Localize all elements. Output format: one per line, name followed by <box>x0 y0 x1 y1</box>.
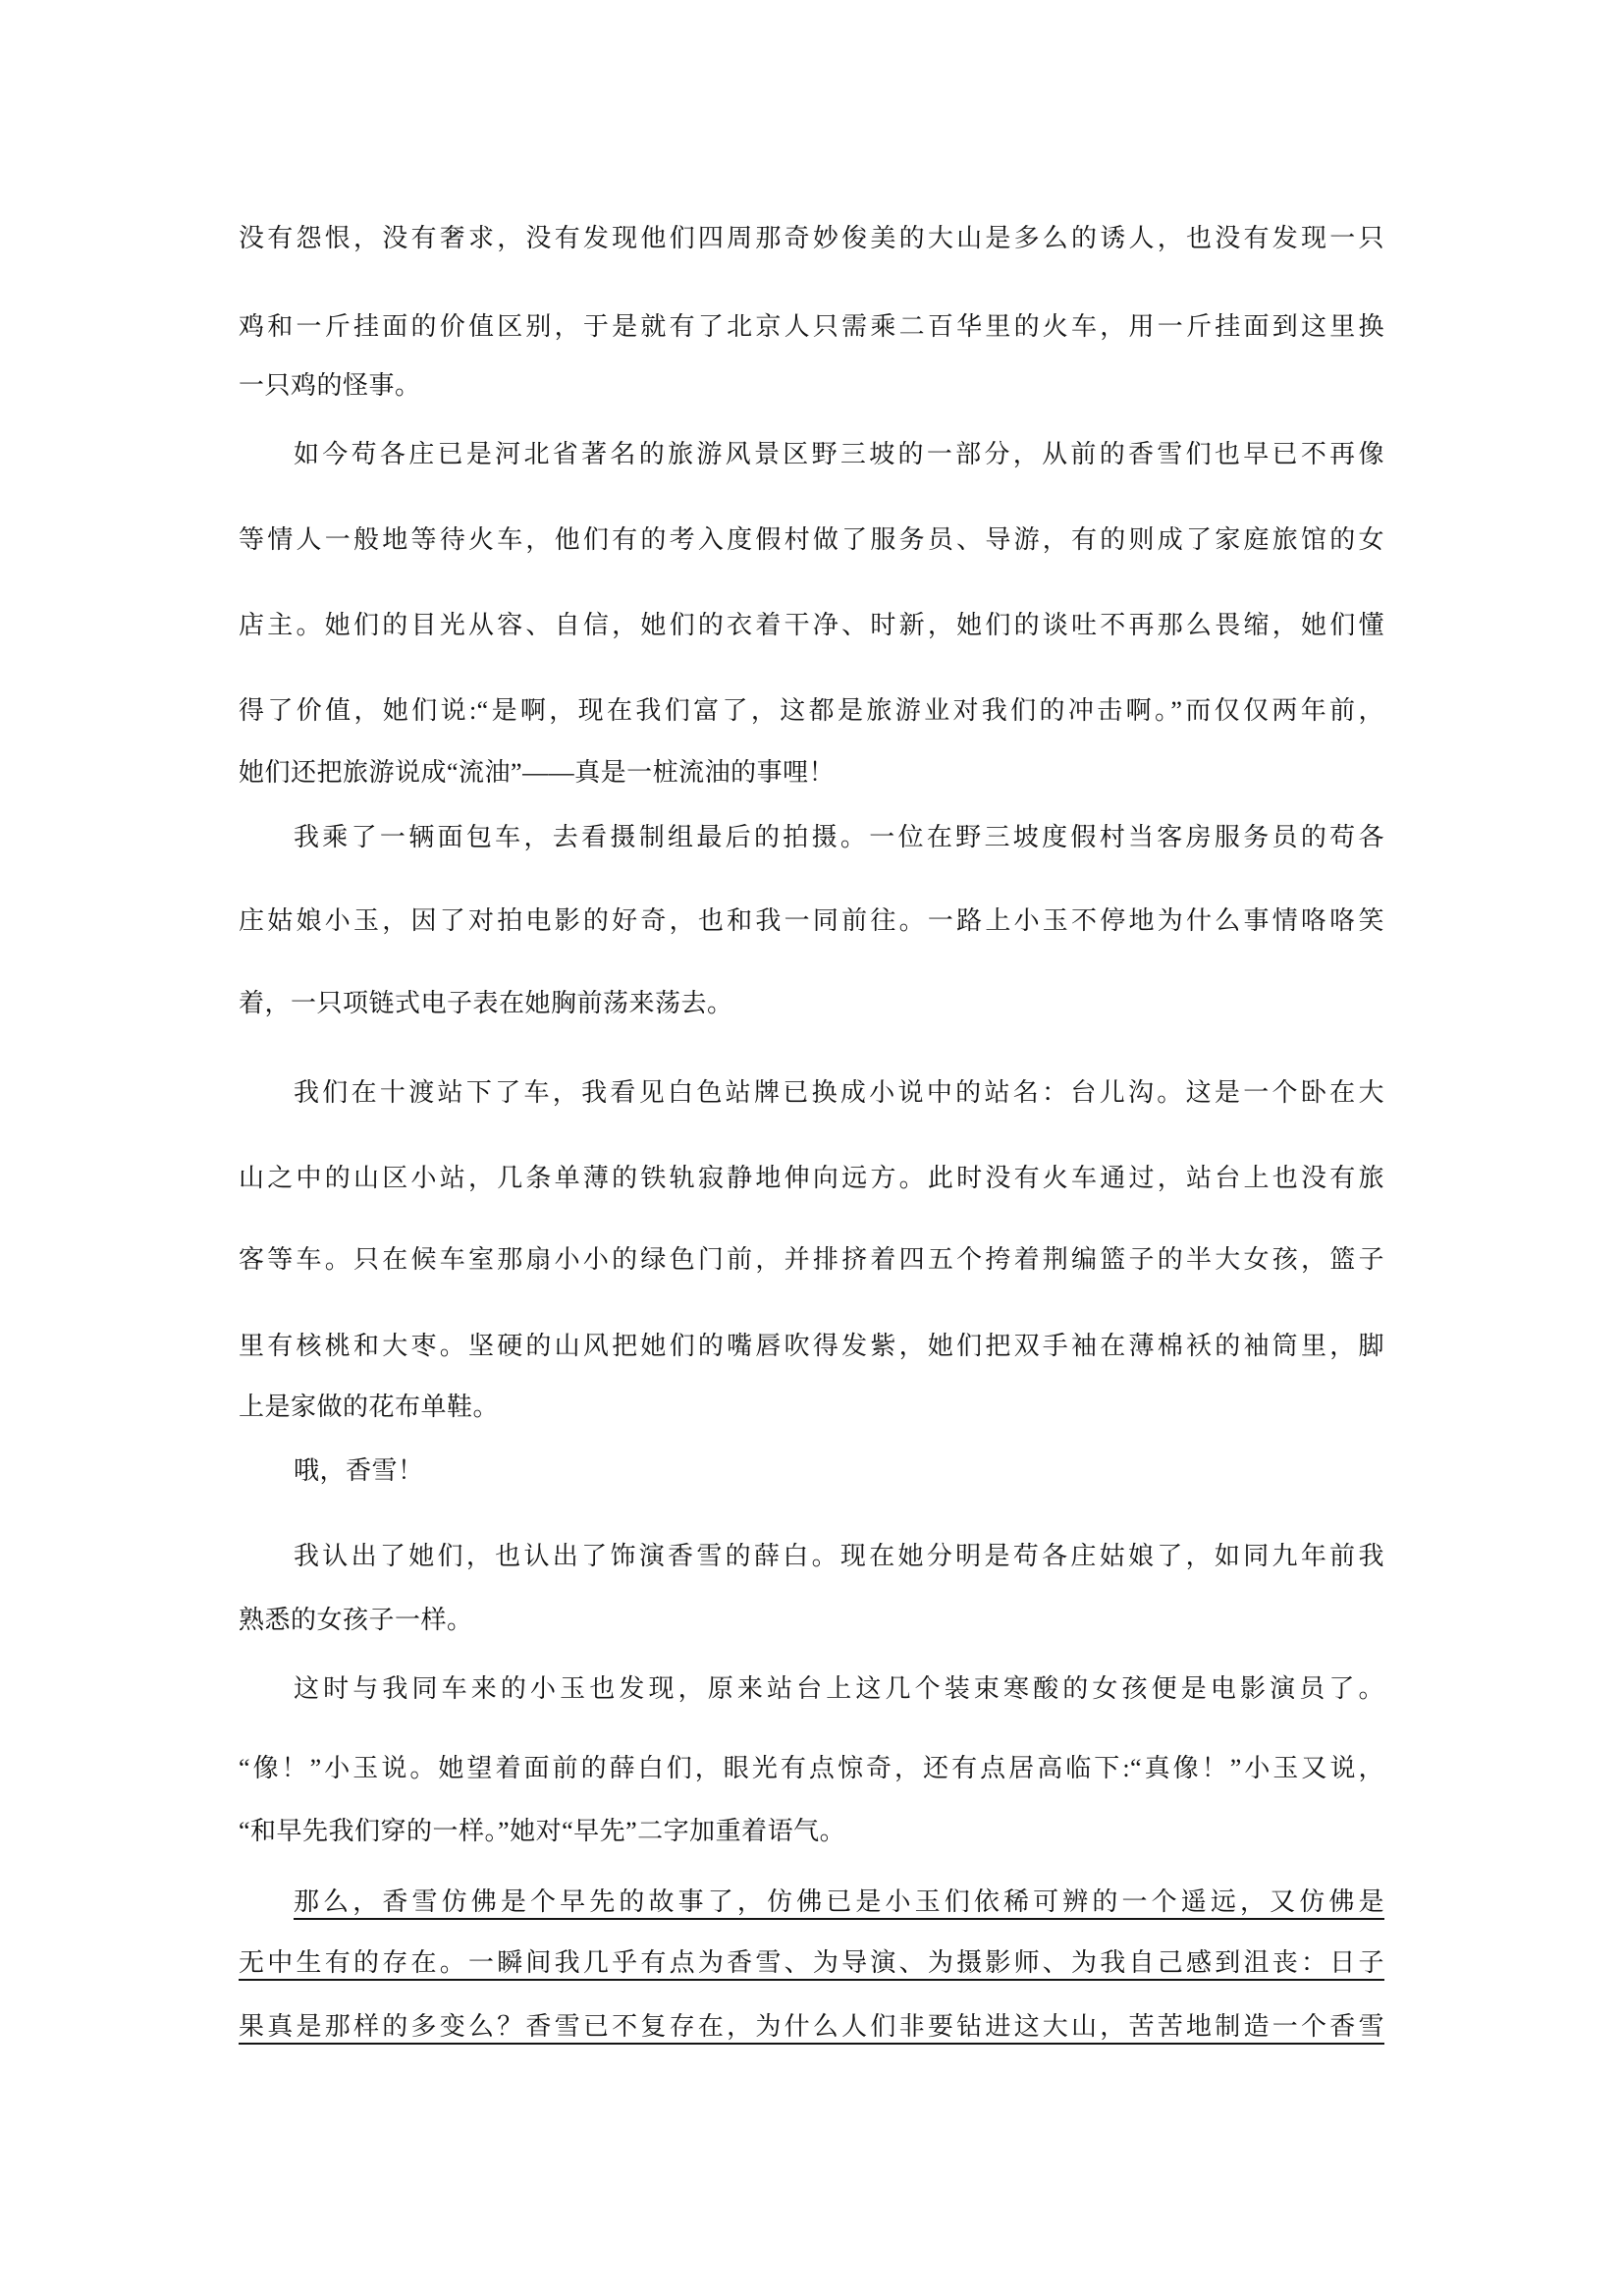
text-line: 等情人一般地等待火车，他们有的考入度假村做了服务员、导游，有的则成了家庭旅馆的女 <box>239 519 1384 562</box>
text-line: 熟悉的女孩子一样。 <box>239 1599 1384 1642</box>
text-line-underlined: 无中生有的存在。一瞬间我几乎有点为香雪、为导演、为摄影师、为我自己感到沮丧：日子 <box>239 1941 1384 1985</box>
text-line: “和早先我们穿的一样。”她对“早先”二字加重着语气。 <box>239 1810 1384 1853</box>
text-block: 没有怨恨，没有奢求，没有发现他们四周那奇妙俊美的大山是多么的诱人，也没有发现一只… <box>239 0 1384 2296</box>
text-line: 店主。她们的目光从容、自信，她们的衣着干净、时新，她们的谈吐不再那么畏缩，她们懂 <box>239 604 1384 647</box>
document-page: 没有怨恨，没有奢求，没有发现他们四周那奇妙俊美的大山是多么的诱人，也没有发现一只… <box>0 0 1623 2296</box>
text-line: 我乘了一辆面包车，去看摄制组最后的拍摄。一位在野三坡度假村当客房服务员的苟各 <box>239 816 1384 859</box>
text-line: 得了价值，她们说:“是啊，现在我们富了，这都是旅游业对我们的冲击啊。”而仅仅两年… <box>239 689 1384 733</box>
text-line: 一只鸡的怪事。 <box>239 364 1384 408</box>
text-line: 没有怨恨，没有奢求，没有发现他们四周那奇妙俊美的大山是多么的诱人，也没有发现一只 <box>239 217 1384 260</box>
text-line: 庄姑娘小玉，因了对拍电影的好奇，也和我一同前往。一路上小玉不停地为什么事情咯咯笑 <box>239 900 1384 943</box>
text-line: 我们在十渡站下了车，我看见白色站牌已换成小说中的站名：台儿沟。这是一个卧在大 <box>239 1071 1384 1115</box>
text-line: 鸡和一斤挂面的价值区别，于是就有了北京人只需乘二百华里的火车，用一斤挂面到这里换 <box>239 305 1384 349</box>
text-line: 如今苟各庄已是河北省著名的旅游风景区野三坡的一部分，从前的香雪们也早已不再像 <box>239 433 1384 476</box>
text-line: 这时与我同车来的小玉也发现，原来站台上这几个装束寒酸的女孩便是电影演员了。 <box>239 1667 1384 1711</box>
text-line-underlined: 那么，香雪仿佛是个早先的故事了，仿佛已是小玉们依稀可辨的一个遥远，又仿佛是 <box>239 1881 1384 1924</box>
text-line-underlined: 果真是那样的多变么？香雪已不复存在，为什么人们非要钻进这大山，苦苦地制造一个香雪 <box>239 2005 1384 2049</box>
text-line: 里有核桃和大枣。坚硬的山风把她们的嘴唇吹得发紫，她们把双手袖在薄棉袄的袖筒里，脚 <box>239 1325 1384 1368</box>
text-line: 着，一只项链式电子表在她胸前荡来荡去。 <box>239 982 1384 1025</box>
text-line: 上是家做的花布单鞋。 <box>239 1386 1384 1429</box>
text-line: 客等车。只在候车室那扇小小的绿色门前，并排挤着四五个挎着荆编篮子的半大女孩，篮子 <box>239 1238 1384 1282</box>
text-line: 我认出了她们，也认出了饰演香雪的薛白。现在她分明是苟各庄姑娘了，如同九年前我 <box>239 1535 1384 1578</box>
text-line: 她们还把旅游说成“流油”——真是一桩流油的事哩！ <box>239 751 1384 794</box>
text-line: 山之中的山区小站，几条单薄的铁轨寂静地伸向远方。此时没有火车通过，站台上也没有旅 <box>239 1157 1384 1200</box>
text-line: “像！”小玉说。她望着面前的薛白们，眼光有点惊奇，还有点居高临下:“真像！”小玉… <box>239 1747 1384 1790</box>
text-line: 哦，香雪！ <box>239 1449 1384 1493</box>
